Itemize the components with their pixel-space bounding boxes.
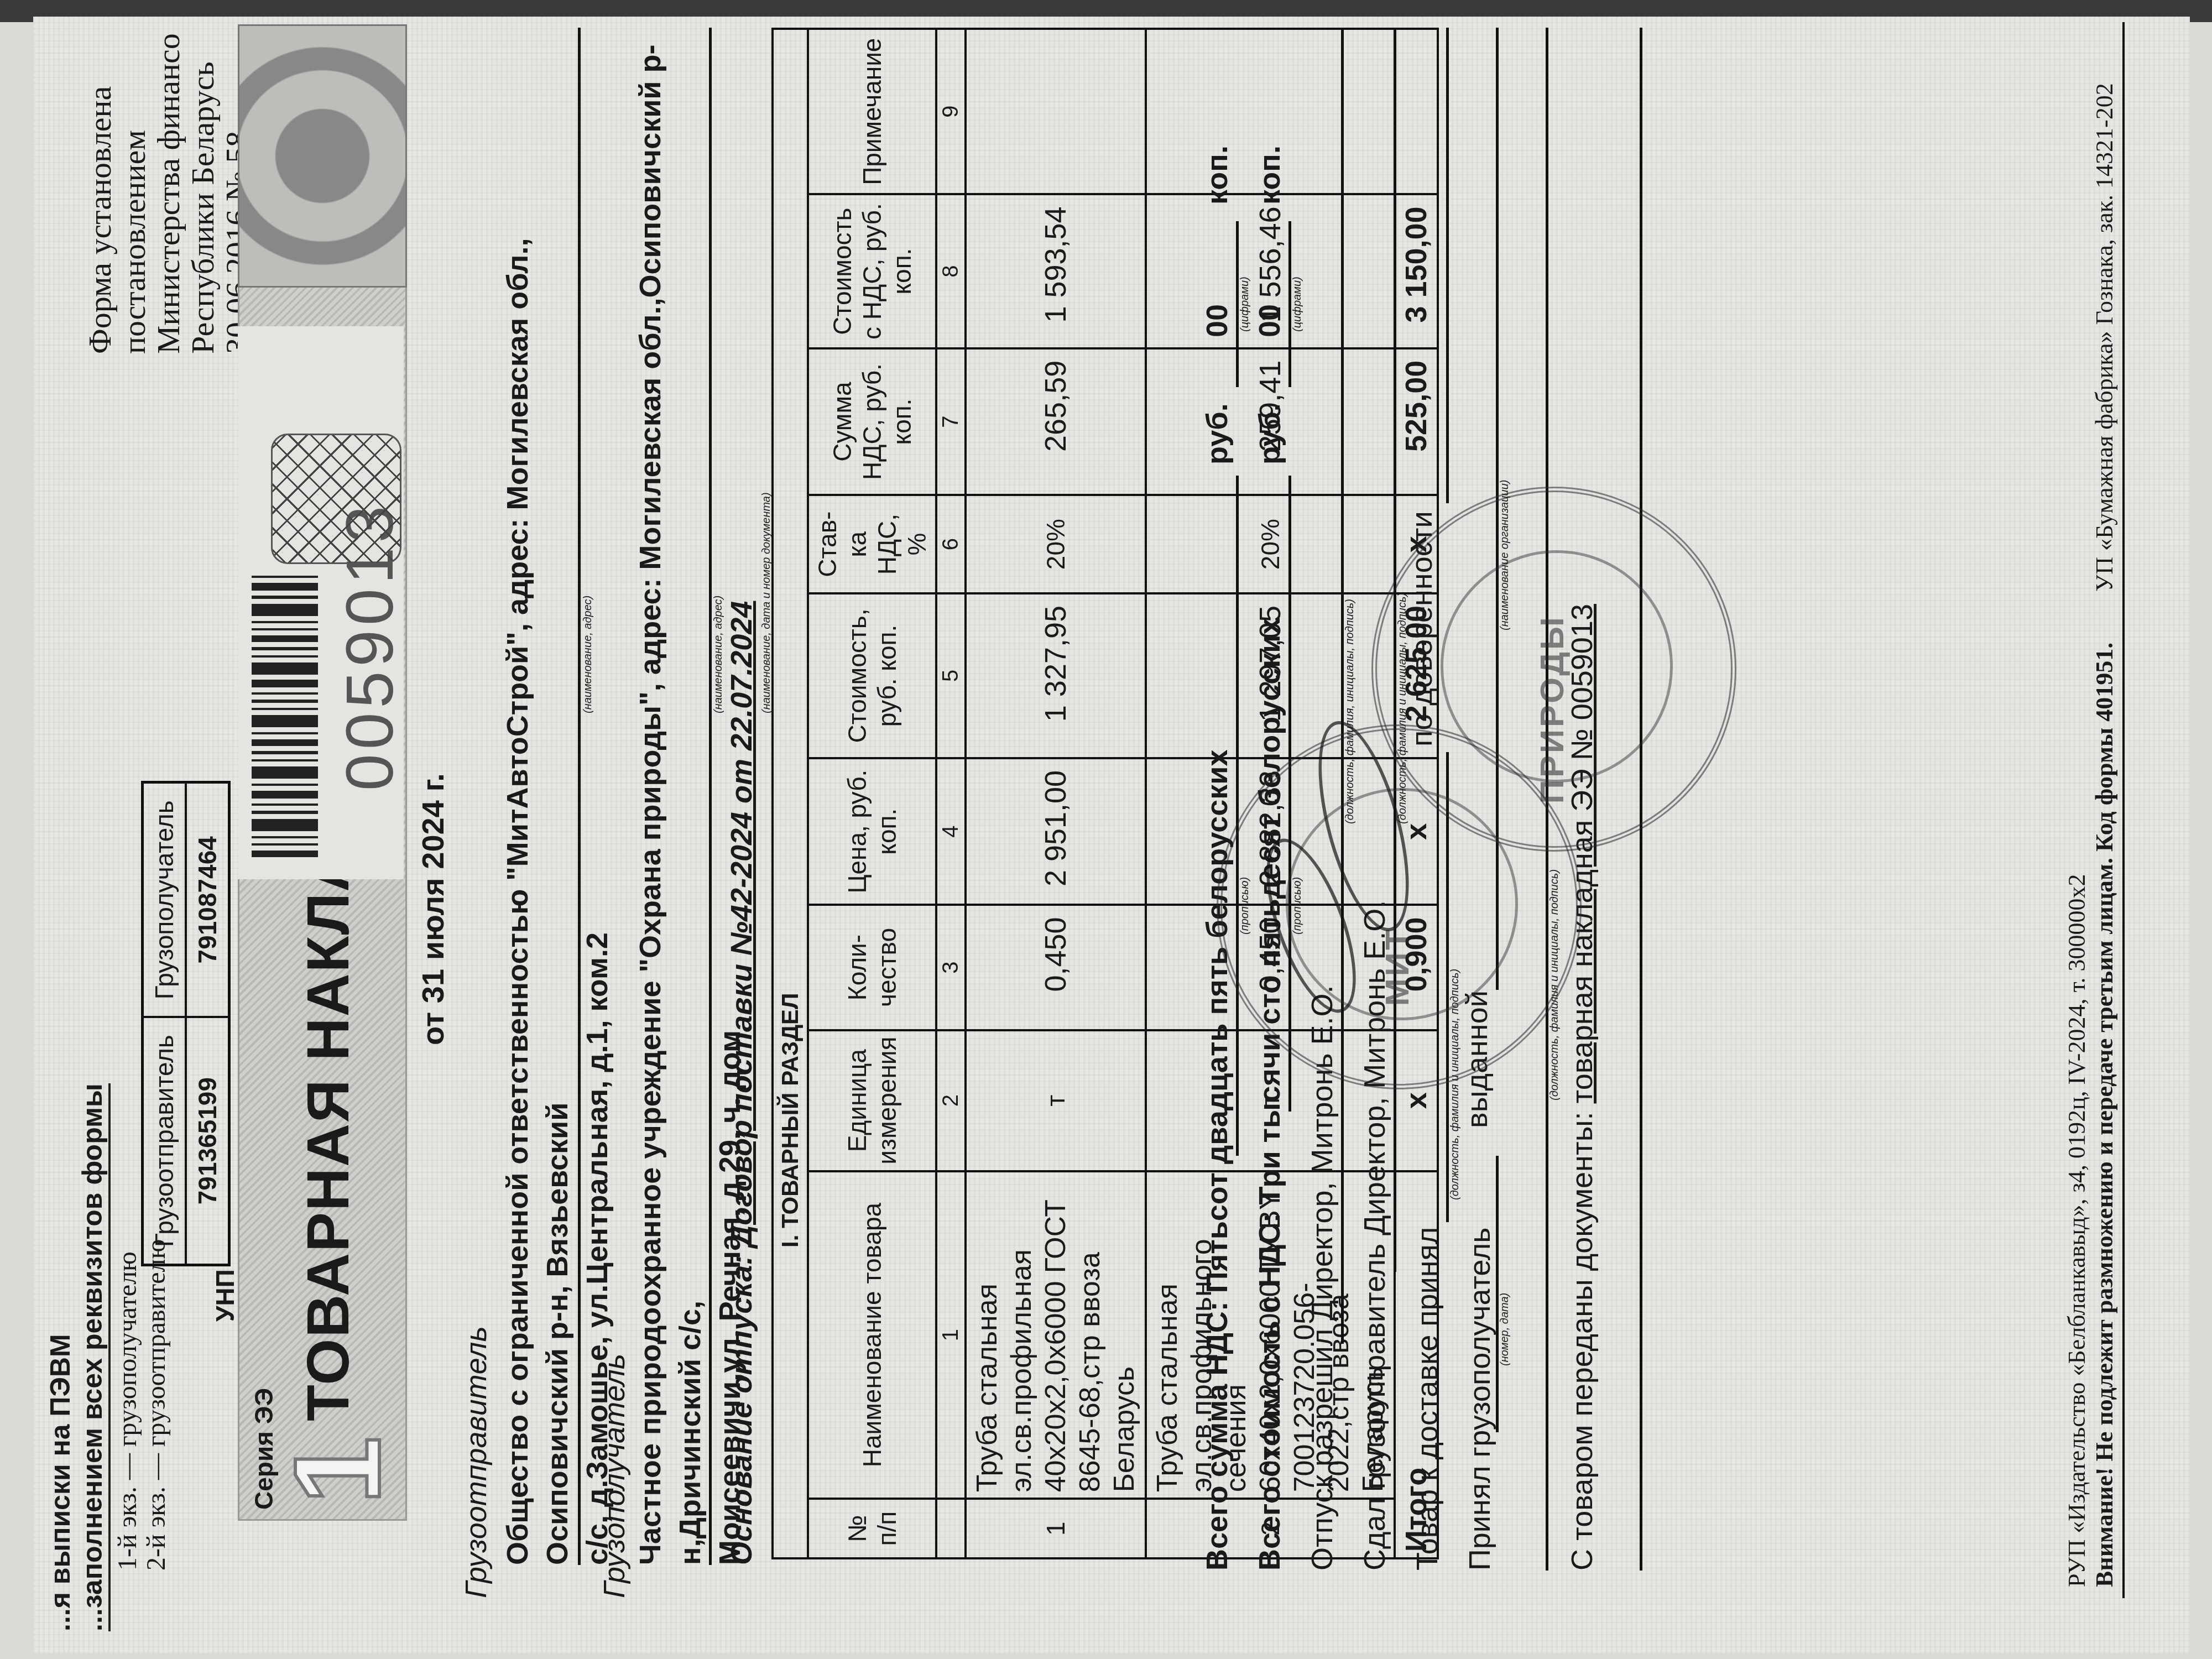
accepted-for-delivery: Товар к доставке принял: [1410, 1227, 1444, 1571]
vat-rub-label: руб.: [1200, 403, 1234, 465]
table-row: 1 Труба стальная эл.св.профильная 40х20х…: [966, 29, 1146, 1558]
security-guilloche-icon: [238, 24, 407, 288]
form-approval-note: Форма установлена постановлением Министе…: [83, 33, 254, 354]
total-rub-label: руб.: [1253, 403, 1287, 465]
section-title: I. ТОВАРНЫЙ РАЗДЕЛ: [773, 29, 808, 1558]
copies-distribution: 1-й экз. — грузополучателю 2-й экз. — гр…: [113, 1239, 171, 1571]
page-bottom-border: [2122, 22, 2125, 1598]
security-crosshatch-icon: [271, 434, 401, 564]
pc-print-note: ...я выписки на ПЭВМ ...заполнением всех…: [44, 1083, 111, 1631]
vat-kop-label: коп.: [1200, 145, 1234, 205]
consignee-label: Грузополучатель: [597, 1354, 632, 1598]
goods-table-header: № п/п Наименование товара Единица измере…: [808, 29, 936, 1558]
received-by-consignee: Принял грузополучатель: [1463, 1228, 1497, 1571]
total-kop-label: коп.: [1253, 145, 1287, 205]
total-with-vat-words: Всего стоимость с НДС: Три тысячи сто пя…: [1253, 618, 1287, 1571]
consignor-underline: [578, 28, 581, 1565]
copy-warning: Внимание! Не подлежит размножению и пере…: [2090, 643, 2119, 1587]
column-numbers-row: 1 2 3 4 5 6 7 8 9: [936, 29, 966, 1558]
unp-consignee-value: 791087464: [186, 782, 229, 1017]
release-basis-value: Договор поставки №42-2024 от 22.07.2024: [725, 601, 758, 1247]
consignee-stamp-icon: ПРИРОДЫ: [1371, 487, 1736, 852]
document-date: от 31 июля 2024 г.: [415, 773, 451, 1045]
proxy-underline: [1446, 28, 1449, 503]
rotated-document-frame: ...я выписки на ПЭВМ ...заполнением всех…: [0, 0, 2212, 1659]
release-basis: Основание отпуска: Договор поставки №42-…: [724, 601, 759, 1565]
total-kop-value: 00: [1253, 304, 1287, 337]
copy-number: 1: [282, 1432, 393, 1504]
unp-label: УНП: [210, 1269, 240, 1322]
paper-maker-info: УП «Бумажная фабрика» Гознака, зак. 1432…: [2090, 83, 2119, 592]
proxy-number-caption: (номер, дата): [1499, 1293, 1511, 1366]
unp-consignee-header: Грузополучатель: [143, 782, 186, 1017]
unp-table: Грузоотправитель Грузополучатель 7913651…: [141, 781, 231, 1266]
unp-consignor-value: 791365199: [186, 1017, 229, 1265]
consignor-caption: (наименование, адрес): [582, 596, 594, 713]
consignee-underline: [709, 28, 712, 1565]
consignor-label: Грузоотправитель: [459, 1326, 493, 1598]
total-kop-caption: (цифрами): [1291, 276, 1304, 332]
consignor-details: Общество с ограниченной ответственностью…: [498, 17, 617, 1565]
printer-info: РУП «Издательство «Белбланкавыд», з4, 01…: [2063, 874, 2091, 1587]
vat-kop-caption: (цифрами): [1239, 276, 1251, 332]
vat-words-underline: [1236, 476, 1239, 1156]
vat-kop-value: 00: [1200, 304, 1234, 337]
unp-consignor-header: Грузоотправитель: [143, 1017, 186, 1265]
invoice-page: ...я выписки на ПЭВМ ...заполнением всех…: [33, 17, 2190, 1653]
consignee-caption: (наименование, адрес): [712, 596, 725, 713]
